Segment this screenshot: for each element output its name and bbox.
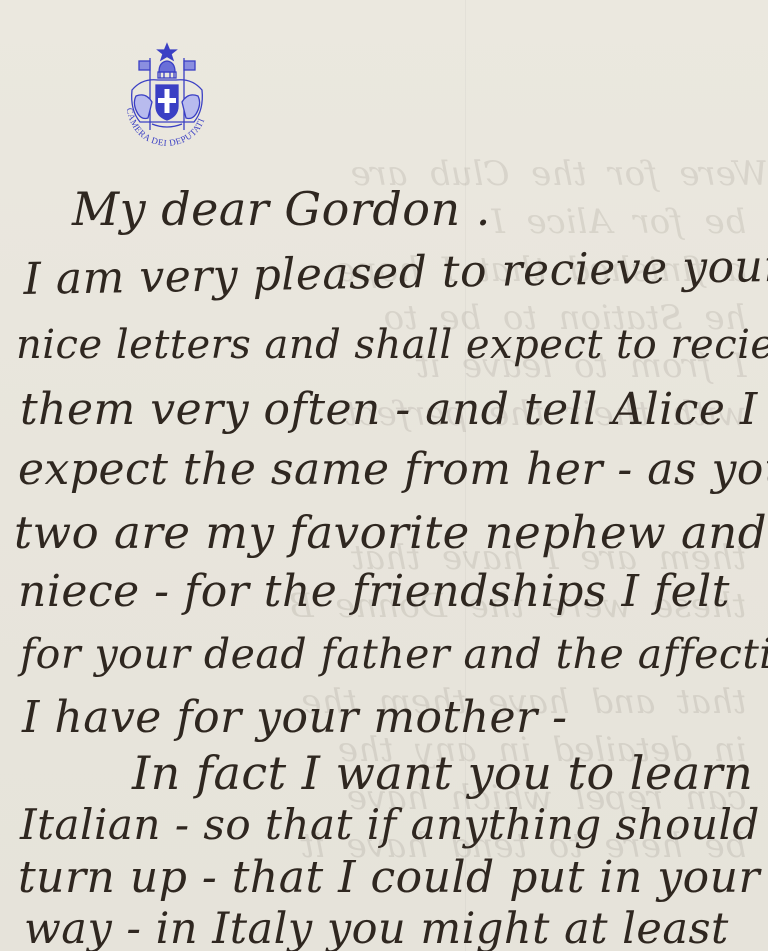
letter-line-6: niece - for the friendships I felt <box>18 566 730 617</box>
letter-line-7: for your dead father and the affection <box>20 630 768 678</box>
letter-line-9: In fact I want you to learn <box>132 746 753 800</box>
coat-of-arms-icon: CAMERA DEI DEPUTATI <box>112 40 222 150</box>
salutation: My dear Gordon . <box>72 182 491 236</box>
letterhead-crest: CAMERA DEI DEPUTATI <box>112 40 222 150</box>
letter-line-11: turn up - that I could put in your <box>18 852 760 903</box>
letter-line-10: Italian - so that if anything should <box>20 800 760 849</box>
letter-line-2: nice letters and shall expect to recieve <box>16 322 768 368</box>
letter-line-12: way - in Italy you might at least <box>24 904 729 951</box>
letter-page: Were for the Club are be for Alice I a f… <box>0 0 768 951</box>
letter-line-4: expect the same from her - as you <box>18 444 768 495</box>
letter-line-8: I have for your mother - <box>22 692 567 743</box>
letter-line-1: I am very pleased to recieve your <box>23 241 768 305</box>
letter-line-5: two are my favorite nephew and <box>14 506 767 559</box>
letter-line-3: them very often - and tell Alice I <box>20 384 758 435</box>
